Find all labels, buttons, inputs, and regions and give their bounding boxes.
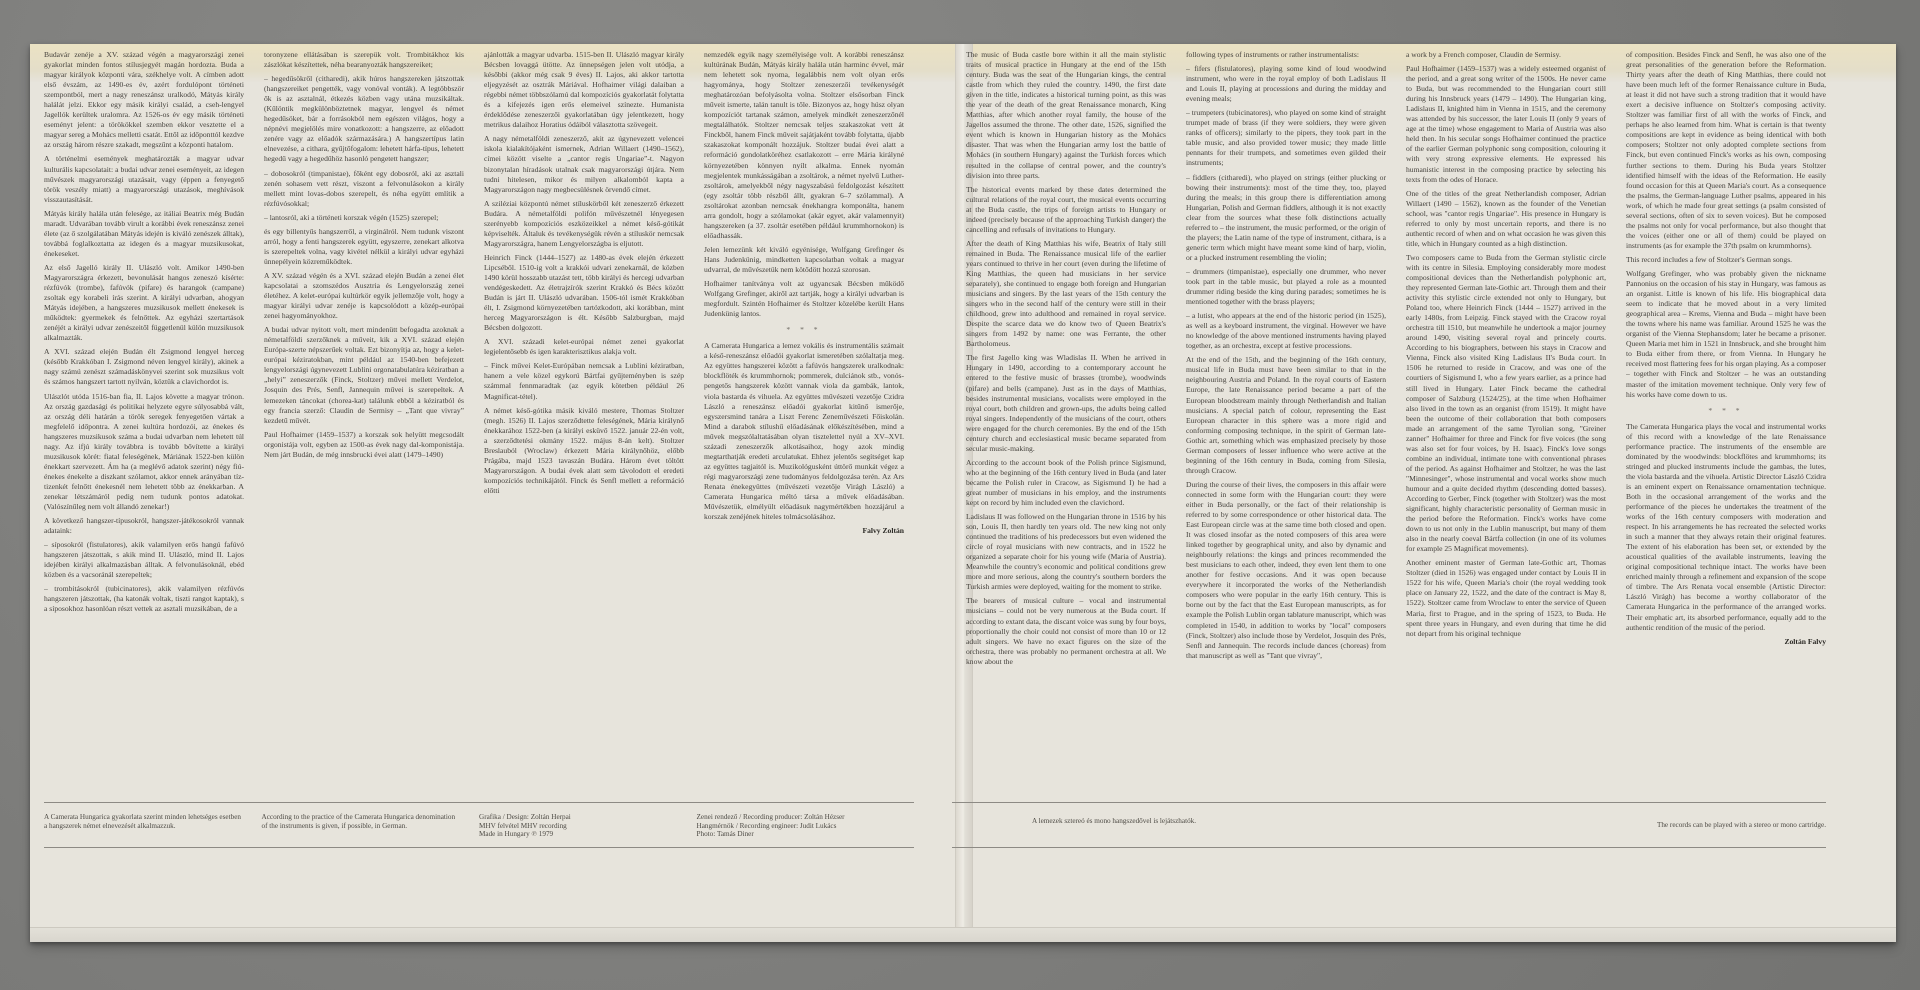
paragraph: – Finck művei Kelet-Európában nemcsak a … (484, 361, 684, 401)
paragraph: toronyzene ellátásában is szerepük volt.… (264, 50, 464, 70)
paragraph: Hofhaimer tanítványa volt az ugyancsak B… (704, 279, 904, 319)
author-signature: Zoltán Falvy (1626, 637, 1826, 647)
footer-recording-credits: Zenei rendező / Recording producer: Zolt… (697, 813, 915, 839)
left-column-4: nemzedék egyik nagy személyisége volt. A… (704, 50, 904, 790)
paragraph: A XVI. századi kelet-európai német zenei… (484, 337, 684, 357)
paragraph: Two composers came to Buda from the Germ… (1406, 253, 1606, 554)
paragraph: During the course of their lives, the co… (1186, 480, 1386, 661)
paragraph: Ladislaus II was followed on the Hungari… (966, 512, 1166, 592)
paragraph: According to the account book of the Pol… (966, 458, 1166, 508)
paragraph: nemzedék egyik nagy személyisége volt. A… (704, 50, 904, 241)
right-column-2: following types of instruments or rather… (1186, 50, 1386, 790)
closing-paragraph: The Camerata Hungarica plays the vocal a… (1626, 422, 1826, 633)
footer-note-en: According to the practice of the Camerat… (262, 813, 480, 830)
paragraph: – a lutist, who appears at the end of th… (1186, 311, 1386, 351)
paragraph: A következő hangszer-típusokról, hangsze… (44, 516, 244, 536)
paragraph: following types of instruments or rather… (1186, 50, 1386, 60)
footer-design-credits: Grafika / Design: Zoltán Herpai MHV felv… (479, 813, 697, 839)
paragraph: The historical events marked by these da… (966, 185, 1166, 235)
paragraph: – trumpeters (tubicinatores), who played… (1186, 108, 1386, 168)
paragraph: A német késő-gótika másik kiváló mestere… (484, 406, 684, 496)
closing-paragraph: A Camerata Hungarica a lemez vokális és … (704, 341, 904, 522)
left-footer-credits: A Camerata Hungarica gyakorlata szerint … (44, 802, 914, 848)
right-column-1: The music of Buda castle bore within it … (966, 50, 1166, 790)
left-column-3: ajánlották a magyar udvarba. 1515-ben II… (484, 50, 684, 790)
paragraph: ajánlották a magyar udvarba. 1515-ben II… (484, 50, 684, 130)
paragraph: The bearers of musical culture – vocal a… (966, 596, 1166, 666)
paragraph: – lantosról, aki a történeti korszak vég… (264, 213, 464, 223)
paragraph: – fifers (fistulatores), playing some ki… (1186, 64, 1386, 104)
footer-cartridge-note-en: The records can be played with a stereo … (1439, 813, 1826, 830)
author-signature: Falvy Zoltán (704, 526, 904, 536)
paragraph: Az első Jagelló király II. Ulászló volt.… (44, 263, 244, 343)
paragraph: Budavár zenéje a XV. század végén a magy… (44, 50, 244, 150)
paragraph: Jelen lemezünk két kiváló egyénisége, Wo… (704, 245, 904, 275)
paragraph: – fiddlers (citharedi), who played on st… (1186, 173, 1386, 263)
paragraph: és egy billentyűs hangszerről, a virginá… (264, 227, 464, 267)
paragraph: A budai udvar nyitott volt, mert mindenü… (264, 325, 464, 425)
paragraph: A sziléziai központú német stíluskörből … (484, 199, 684, 249)
section-divider-stars: * * * (1626, 406, 1826, 416)
paragraph: This record includes a few of Stoltzer's… (1626, 255, 1826, 265)
bottom-paper-edge (30, 927, 1896, 942)
paragraph: Another eminent master of German late-Go… (1406, 558, 1606, 638)
left-column-1: Budavár zenéje a XV. század végén a magy… (44, 50, 244, 790)
footer-cartridge-note-hu: A lemezek sztereó és mono hangszedővel i… (952, 813, 1439, 826)
paragraph: a work by a French composer, Claudin de … (1406, 50, 1606, 60)
paragraph: A XV. század végén és a XVI. század elej… (264, 271, 464, 321)
paragraph: At the end of the 15th, and the beginnin… (1186, 355, 1386, 476)
paragraph: Paul Hofhaimer (1459–1537) was a widely … (1406, 64, 1606, 185)
right-footer-notes: A lemezek sztereó és mono hangszedővel i… (952, 802, 1826, 848)
right-page-english: The music of Buda castle bore within it … (966, 50, 1826, 790)
paragraph: Heinrich Finck (1444–1527) az 1480-as év… (484, 253, 684, 333)
right-column-3: a work by a French composer, Claudin de … (1406, 50, 1606, 790)
paragraph: Wolfgang Grefinger, who was probably giv… (1626, 269, 1826, 400)
paragraph: A XVI. század elején Budán élt Zsigmond … (44, 347, 244, 387)
paragraph: After the death of King Matthias his wif… (966, 239, 1166, 350)
paragraph: Ulászlót utóda 1516-ban fia, II. Lajos k… (44, 392, 244, 513)
footer-note-hu: A Camerata Hungarica gyakorlata szerint … (44, 813, 262, 830)
paragraph: A nagy németalföldi zeneszerző, akit az … (484, 134, 684, 194)
paragraph: – síposokról (fistulatores), akik valami… (44, 540, 244, 580)
paragraph: – drummers (timpanistae), especially one… (1186, 267, 1386, 307)
left-page-hungarian: Budavár zenéje a XV. század végén a magy… (44, 50, 904, 790)
paragraph: Mátyás király halála után felesége, az i… (44, 209, 244, 259)
paragraph: The first Jagello king was Wladislas II.… (966, 353, 1166, 453)
right-column-4: of composition. Besides Finck and Senfl,… (1626, 50, 1826, 790)
paragraph: The music of Buda castle bore within it … (966, 50, 1166, 181)
paragraph: – dobosokról (timpanistae), főként egy d… (264, 169, 464, 209)
paragraph: – trombitásokról (tubicinatores), akik v… (44, 584, 244, 614)
paragraph: – hegedűsökről (citharedi), akik húros h… (264, 74, 464, 164)
paragraph: A történelmi események meghatározták a m… (44, 154, 244, 204)
section-divider-stars: * * * (704, 325, 904, 335)
paragraph: of composition. Besides Finck and Senfl,… (1626, 50, 1826, 251)
paragraph: Paul Hofhaimer (1459–1537) a korszak sok… (264, 430, 464, 460)
left-column-2: toronyzene ellátásában is szerepük volt.… (264, 50, 464, 790)
paragraph: One of the titles of the great Netherlan… (1406, 189, 1606, 249)
